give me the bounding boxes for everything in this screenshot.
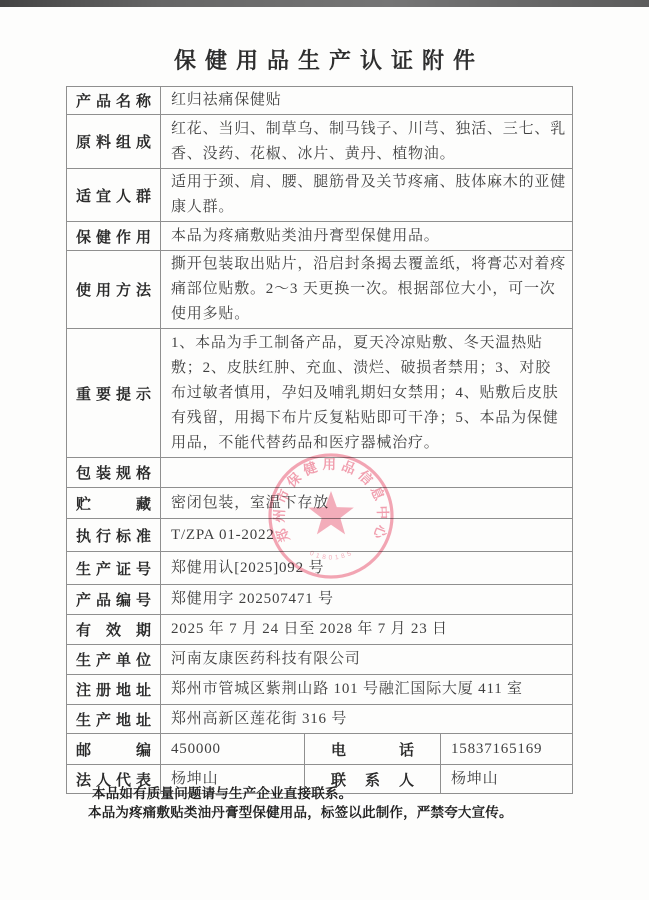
footer-notes: 本品如有质量问题请与生产企业直接联系。 本品为疼痛敷贴类油丹膏型保健用品，标签以… <box>88 784 568 822</box>
row-label: 贮藏 <box>67 488 161 519</box>
row-label: 邮编 <box>67 734 161 765</box>
row-label: 有效期 <box>67 615 161 645</box>
table-row: 贮藏 密闭包装，室温下存放 <box>67 488 573 519</box>
table-row: 包装规格 <box>67 458 573 488</box>
row-label: 使用方法 <box>67 251 161 329</box>
row-label: 原料组成 <box>67 115 161 169</box>
row-value: 本品为疼痛敷贴类油丹膏型保健用品。 <box>161 222 573 251</box>
row-value: 密闭包装，室温下存放 <box>161 488 573 519</box>
table-row: 原料组成 红花、当归、制草乌、制马钱子、川芎、独活、三七、乳香、没药、花椒、冰片… <box>67 115 573 169</box>
row-value: 郑健用字 202507471 号 <box>161 585 573 615</box>
row-label: 注册地址 <box>67 675 161 705</box>
row-label: 生产证号 <box>67 552 161 585</box>
row-label: 适宜人群 <box>67 169 161 222</box>
row-value: 郑州高新区莲花街 316 号 <box>161 705 573 734</box>
row-value: 2025 年 7 月 24 日至 2028 年 7 月 23 日 <box>161 615 573 645</box>
row-label: 执行标准 <box>67 519 161 552</box>
table-row: 执行标准 T/ZPA 01-2022 <box>67 519 573 552</box>
table-row: 产品编号 郑健用字 202507471 号 <box>67 585 573 615</box>
table-row: 保健作用 本品为疼痛敷贴类油丹膏型保健用品。 <box>67 222 573 251</box>
table-row: 重要提示 1、本品为手工制备产品，夏天冷凉贴敷、冬天温热贴敷；2、皮肤红肿、充血… <box>67 329 573 458</box>
row-label: 电话 <box>305 734 441 765</box>
row-value <box>161 458 573 488</box>
row-label: 生产单位 <box>67 645 161 675</box>
row-value: 红归祛痛保健贴 <box>161 87 573 115</box>
row-value: 1、本品为手工制备产品，夏天冷凉贴敷、冬天温热贴敷；2、皮肤红肿、充血、溃烂、破… <box>161 329 573 458</box>
row-value: 450000 <box>161 734 305 765</box>
table-row: 生产地址 郑州高新区莲花街 316 号 <box>67 705 573 734</box>
row-value: 15837165169 <box>441 734 573 765</box>
row-value: 撕开包装取出贴片，沿启封条揭去覆盖纸，将膏芯对着疼痛部位贴敷。2～3 天更换一次… <box>161 251 573 329</box>
row-label: 产品编号 <box>67 585 161 615</box>
table-row-contact: 邮编 450000 电话 15837165169 <box>67 734 573 765</box>
certification-table: 产品名称 红归祛痛保健贴 原料组成 红花、当归、制草乌、制马钱子、川芎、独活、三… <box>66 86 573 794</box>
table-row: 注册地址 郑州市管城区紫荆山路 101 号融汇国际大厦 411 室 <box>67 675 573 705</box>
row-label: 包装规格 <box>67 458 161 488</box>
table-row: 生产证号 郑健用认[2025]092 号 <box>67 552 573 585</box>
row-value: 郑健用认[2025]092 号 <box>161 552 573 585</box>
scanned-document-page: 保健用品生产认证附件 产品名称 红归祛痛保健贴 原料组成 红花、当归、制草乌、制… <box>0 0 649 900</box>
row-value: 红花、当归、制草乌、制马钱子、川芎、独活、三七、乳香、没药、花椒、冰片、黄丹、植… <box>161 115 573 169</box>
row-label: 重要提示 <box>67 329 161 458</box>
row-value: T/ZPA 01-2022 <box>161 519 573 552</box>
table-row: 产品名称 红归祛痛保健贴 <box>67 87 573 115</box>
table-row: 有效期 2025 年 7 月 24 日至 2028 年 7 月 23 日 <box>67 615 573 645</box>
row-value: 河南友康医药科技有限公司 <box>161 645 573 675</box>
row-value: 适用于颈、肩、腰、腿筋骨及关节疼痛、肢体麻木的亚健康人群。 <box>161 169 573 222</box>
footer-note-label: 本品为疼痛敷贴类油丹膏型保健用品，标签以此制作，严禁夸大宣传。 <box>88 803 568 822</box>
footer-note-quality: 本品如有质量问题请与生产企业直接联系。 <box>88 784 568 803</box>
table-row: 使用方法 撕开包装取出贴片，沿启封条揭去覆盖纸，将膏芯对着疼痛部位贴敷。2～3 … <box>67 251 573 329</box>
page-title: 保健用品生产认证附件 <box>0 44 649 75</box>
table-row: 适宜人群 适用于颈、肩、腰、腿筋骨及关节疼痛、肢体麻木的亚健康人群。 <box>67 169 573 222</box>
scan-artifact-top-edge <box>0 0 649 7</box>
row-label: 保健作用 <box>67 222 161 251</box>
table-row: 生产单位 河南友康医药科技有限公司 <box>67 645 573 675</box>
row-label: 生产地址 <box>67 705 161 734</box>
row-label: 产品名称 <box>67 87 161 115</box>
row-value: 郑州市管城区紫荆山路 101 号融汇国际大厦 411 室 <box>161 675 573 705</box>
